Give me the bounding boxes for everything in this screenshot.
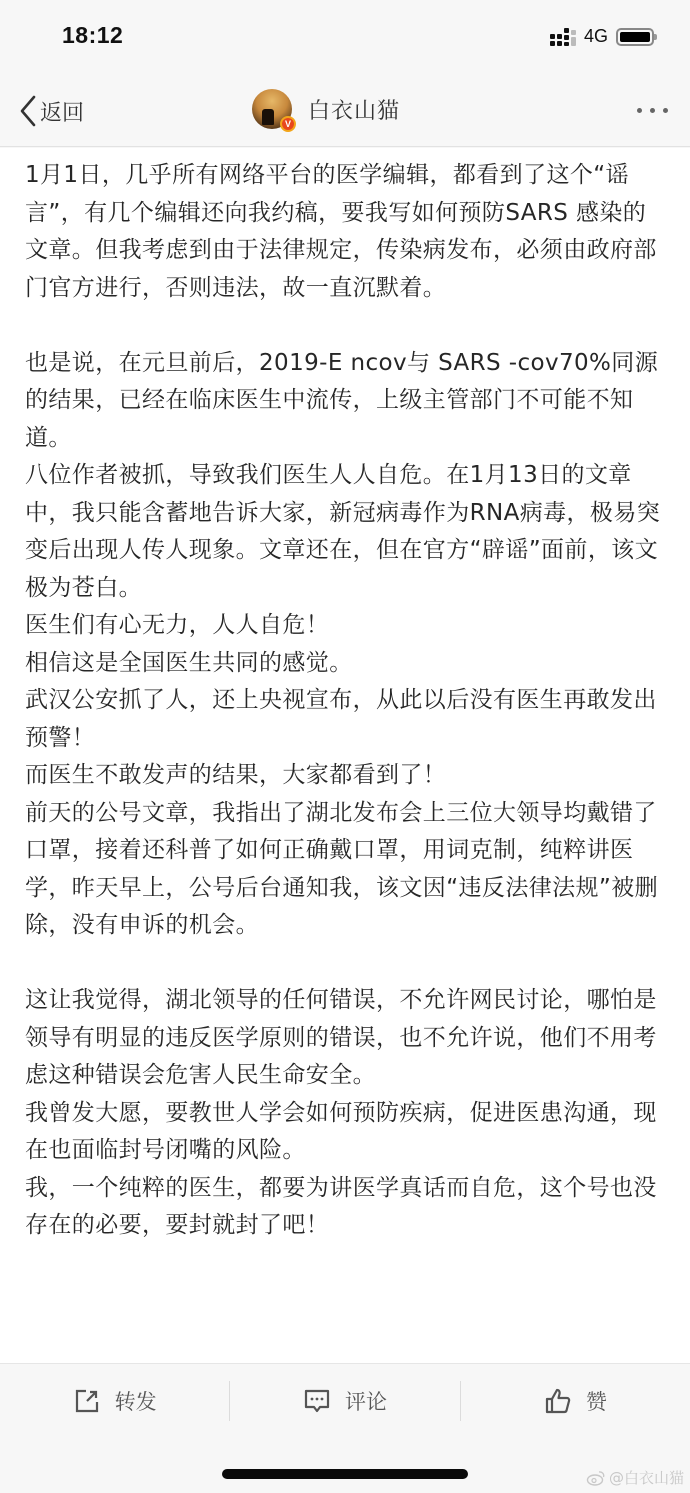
paragraph: 前天的公号文章，我指出了湖北发布会上三位大领导均戴错了口罩，接着还科普了如何正确… [25,795,665,945]
status-indicators: 4G [550,26,654,47]
back-button[interactable]: 返回 [18,94,84,128]
article-body: 1月1日，几乎所有网络平台的医学编辑，都看到了这个“谣言”，有几个编辑还向我约稿… [25,157,665,1245]
paragraph: 医生们有心无力，人人自危！ [25,607,665,645]
profile-header[interactable]: V 白衣山猫 [252,89,400,129]
more-icon-dot [650,108,655,113]
chevron-left-icon [18,94,38,128]
paragraph-spacer [25,945,665,983]
avatar-figure [262,109,274,125]
more-icon-dot [663,108,668,113]
weibo-icon [586,1470,606,1486]
watermark: @白衣山猫 [586,1467,684,1488]
back-label: 返回 [40,96,84,127]
signal-icon [550,28,576,46]
paragraph: 我，一个纯粹的医生，都要为讲医学真话而自危，这个号也没存在的必要，要封就封了吧！ [25,1170,665,1245]
paragraph: 相信这是全国医生共同的感觉。 [25,645,665,683]
network-type: 4G [584,26,608,47]
comment-button[interactable]: 评论 [229,1381,459,1421]
battery-icon [616,28,654,46]
paragraph: 我曾发大愿，要教世人学会如何预防疾病，促进医患沟通，现在也面临封号闭嘴的风险。 [25,1095,665,1170]
paragraph: 也是说，在元旦前后，2019-E ncov与 SARS -cov70%同源的结果… [25,345,665,458]
paragraph: 武汉公安抓了人，还上央视宣布，从此以后没有医生再敢发出预警！ [25,682,665,757]
bottom-area: @白衣山猫 [0,1438,690,1493]
home-indicator[interactable] [222,1469,468,1479]
like-button[interactable]: 赞 [460,1381,690,1421]
more-button[interactable] [637,108,668,113]
status-bar: 18:12 4G [0,0,690,80]
comment-icon [303,1387,331,1415]
more-icon [637,108,642,113]
share-icon [73,1387,101,1415]
post-content[interactable]: 1月1日，几乎所有网络平台的医学编辑，都看到了这个“谣言”，有几个编辑还向我约稿… [0,148,690,1363]
comment-label: 评论 [345,1386,387,1416]
paragraph: 八位作者被抓，导致我们医生人人自危。在1月13日的文章中，我只能含蓄地告诉大家，… [25,457,665,607]
repost-button[interactable]: 转发 [0,1381,229,1421]
paragraph: 这让我觉得，湖北领导的任何错误，不允许网民讨论，哪怕是领导有明显的违反医学原则的… [25,982,665,1095]
paragraph: 而医生不敢发声的结果，大家都看到了！ [25,757,665,795]
avatar[interactable]: V [252,89,292,129]
nav-bar: 返回 V 白衣山猫 [0,80,690,147]
like-label: 赞 [586,1386,607,1416]
paragraph: 1月1日，几乎所有网络平台的医学编辑，都看到了这个“谣言”，有几个编辑还向我约稿… [25,157,665,307]
watermark-text: @白衣山猫 [609,1467,684,1488]
repost-label: 转发 [115,1386,157,1416]
status-time: 18:12 [62,22,123,49]
thumbs-up-icon [544,1387,572,1415]
verified-icon: V [280,116,296,132]
paragraph-spacer [25,307,665,345]
action-bar: 转发 评论 赞 [0,1363,690,1438]
page-title: 白衣山猫 [308,94,400,125]
